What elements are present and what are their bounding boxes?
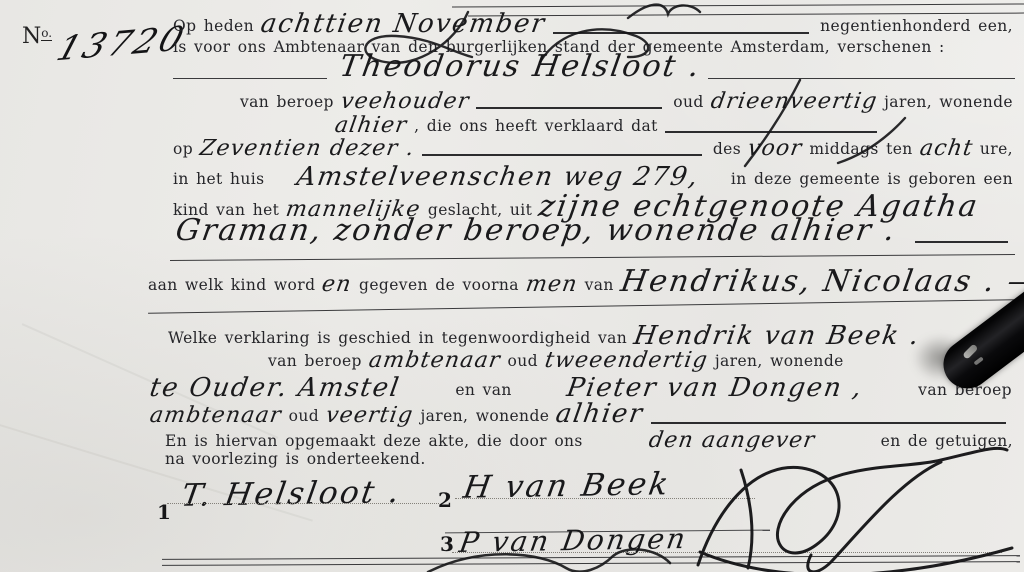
printed-van: van: [585, 276, 614, 294]
printed-en-van: en van: [455, 381, 511, 399]
act-line-witness2-details: ambtenaaroudveertigjaren, wonendealhier: [150, 398, 1010, 428]
act-line-birth-time: opZeventien dezer .desvoormiddags tenach…: [173, 135, 1013, 160]
act-line-witness1: Welke verklaring is geschied in tegenwoo…: [168, 320, 920, 350]
hand-birth-day: Zeventien dezer .: [198, 136, 417, 161]
signature-witness2: P van Dongen: [457, 522, 690, 559]
act-line-residence-declaration: alhier, die ons heeft verklaard dat: [335, 112, 881, 137]
signature-declarant: T. Helsloot .: [179, 474, 404, 514]
printed-getuigen: en de getuigen,: [881, 432, 1013, 450]
printed-in-het-huis: in het huis: [173, 170, 264, 188]
printed-oud: oud: [673, 93, 703, 111]
printed-des: des: [713, 140, 741, 158]
pen-glint-2: [973, 356, 983, 365]
hand-mother-surname-occupation: Graman, zonder beroep, wonende alhier .: [173, 213, 911, 248]
hand-witness2-occupation: ambtenaar: [148, 403, 284, 428]
hand-witness1-occupation: ambtenaar: [367, 348, 503, 373]
registrar-signature-flourish: [698, 448, 1012, 572]
printed-middags-ten: middags ten: [809, 140, 912, 158]
hand-declarant-age: drieenveertig: [709, 89, 879, 114]
filler-rule: [708, 69, 1015, 79]
act-line-declarant-name: Theodorus Helsloot .: [173, 48, 1015, 83]
hand-witness1-age: tweeendertig: [543, 348, 710, 373]
printed-op: op: [173, 140, 193, 158]
act-line-child-names: aan welk kind wordengegeven de voornamen…: [148, 263, 1000, 298]
printed-van-beroep: van beroep: [240, 93, 334, 111]
signature-number-2: 2: [438, 488, 452, 512]
printed-jaren-wonende: jaren, wonende: [884, 93, 1013, 111]
filler-rule: [173, 69, 327, 79]
printed-verklaard: , die ons heeft verklaard dat: [414, 117, 658, 135]
act-line-closing: En is hiervan opgemaakt deze akte, die d…: [165, 427, 1013, 452]
hand-den-aangever: den aangever: [647, 428, 817, 453]
printed-welke-verklaring: Welke verklaring is geschied in tegenwoo…: [168, 329, 627, 347]
act-line-birth-address: in het huisAmstelveenschen weg 279,in de…: [173, 161, 1013, 191]
signature-line-3: [452, 552, 1002, 553]
no-superscript: o.: [41, 26, 52, 41]
hand-declarant-name: Theodorus Helsloot .: [337, 49, 703, 84]
hand-witness2-residence: alhier: [554, 399, 646, 429]
printed-aan-welk-kind: aan welk kind word: [148, 276, 315, 294]
printed-akte-opgemaakt: En is hiervan opgemaakt deze akte, die d…: [165, 432, 583, 450]
act-line-voorlezing: na voorlezing is onderteekend.: [165, 450, 426, 468]
top-rule-1: [452, 4, 1024, 8]
act-line-declarant-details: van beroepveehouderouddrieenveertigjaren…: [240, 88, 1013, 113]
hand-witness2-age: veertig: [324, 403, 415, 428]
act-line-date: Op hedenachttien Novembernegentienhonder…: [173, 8, 1013, 38]
printed-year: negentienhonderd een,: [820, 17, 1013, 35]
hand-declarant-occupation: veehouder: [339, 89, 471, 114]
hand-birth-hour: acht: [918, 136, 975, 161]
printed-gegeven: gegeven de voorna: [359, 276, 519, 294]
signature-witness1: H van Beek: [461, 466, 673, 506]
signature-line-1: [167, 503, 439, 504]
act-line-mother-surname: Graman, zonder beroep, wonende alhier .: [176, 212, 1012, 247]
no-label: N: [22, 24, 41, 49]
pen-glint: [962, 343, 978, 359]
bottom-rule-2: [162, 561, 1020, 566]
section-rule-2: [148, 299, 1015, 314]
filler-rule: [553, 23, 810, 34]
printed-voorlezing: na voorlezing is onderteekend.: [165, 450, 426, 468]
hand-men: men: [524, 272, 580, 297]
signature-line-2: [455, 498, 755, 499]
act-line-witness1-details: van beroepambtenaaroudtweeendertigjaren,…: [268, 347, 844, 372]
act-number-value: 13720: [52, 19, 192, 70]
hand-child-given-names: Hendrikus, Nicolaas . —: [618, 264, 1024, 299]
printed-oud2: oud: [507, 352, 537, 370]
filler-rule: [651, 413, 1006, 424]
section-rule-1: [170, 254, 1015, 261]
hand-en: en: [320, 272, 354, 297]
act-number: No. 13720: [22, 24, 183, 64]
printed-ure: ure,: [980, 140, 1013, 158]
filler-rule: [915, 232, 1008, 243]
hand-date-day-month: achttien November: [259, 9, 548, 39]
printed-jaren-wonende3: jaren, wonende: [420, 407, 549, 425]
birth-certificate-scan: No. 13720 Op hedenachttien Novembernegen…: [0, 0, 1024, 572]
filler-rule: [665, 122, 877, 133]
printed-op-heden: Op heden: [173, 17, 254, 35]
hand-voor: voor: [746, 136, 804, 161]
printed-van-beroep2: van beroep: [268, 352, 362, 370]
filler-rule: [422, 145, 702, 156]
printed-oud3: oud: [289, 407, 319, 425]
printed-geboren: in deze gemeente is geboren een: [731, 170, 1013, 188]
filler-rule: [476, 98, 662, 109]
printed-jaren-wonende2: jaren, wonende: [715, 352, 844, 370]
